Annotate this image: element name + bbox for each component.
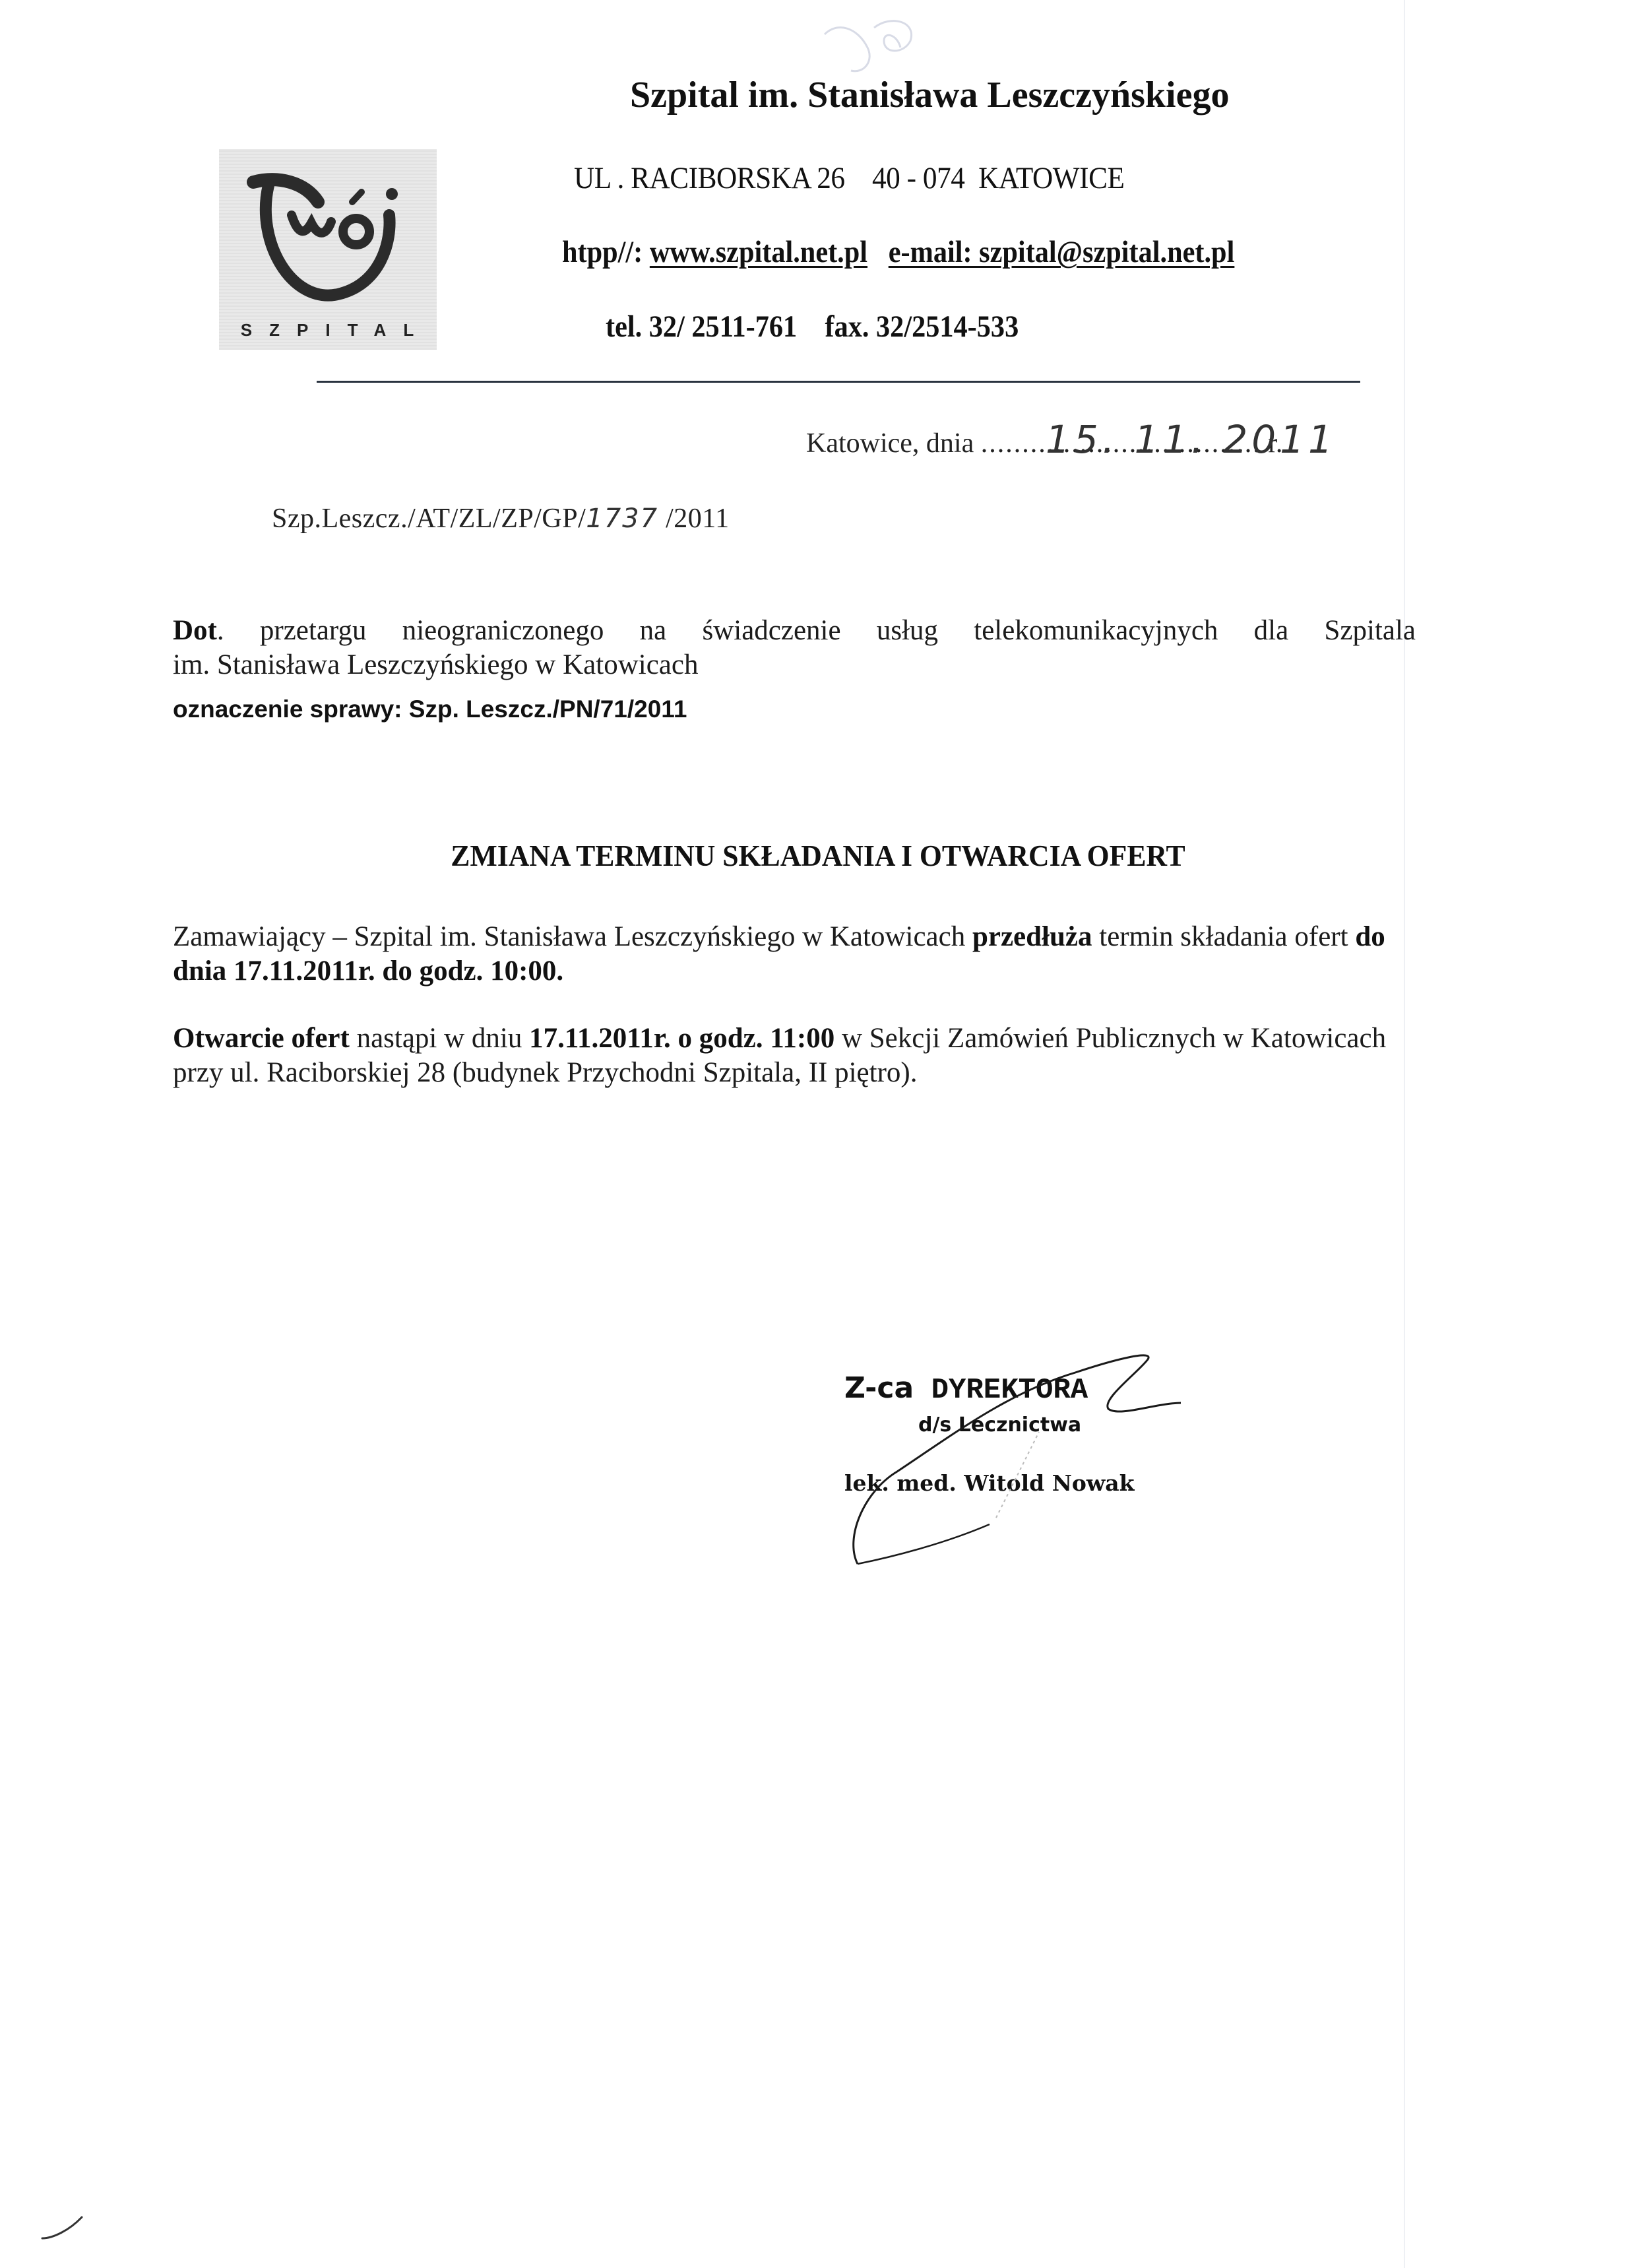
- contact-web-email: htpp//: www.szpital.net.pl e-mail: szpit…: [562, 234, 1234, 270]
- website-link[interactable]: www.szpital.net.pl: [650, 235, 867, 269]
- handwritten-signature-icon: [838, 1320, 1181, 1571]
- p2-bold-opening: Otwarcie ofert: [173, 1023, 350, 1054]
- phone-number: tel. 32/ 2511-761: [606, 309, 797, 344]
- case-marking: oznaczenie sprawy: Szp. Leszcz./PN/71/20…: [173, 692, 1416, 727]
- subject-label: Dot: [173, 615, 217, 646]
- subject-line-1: Dot. przetargu nieograniczonego na świad…: [173, 614, 1416, 648]
- reference-prefix: Szp.Leszcz./AT/ZL/ZP/GP/: [272, 503, 586, 534]
- logo-wordmark: SZPITAL: [219, 320, 437, 340]
- date-prefix: Katowice, dnia: [806, 428, 981, 459]
- paragraph-deadline-extension: Zamawiający – Szpital im. Stanisława Les…: [173, 920, 1416, 988]
- hospital-logo: SZPITAL: [219, 149, 437, 350]
- subject-line-2: im. Stanisława Leszczyńskiego w Katowica…: [173, 648, 1416, 682]
- paragraph-opening: Otwarcie ofert nastąpi w dniu 17.11.2011…: [173, 1021, 1416, 1090]
- p1-text-2: termin składania ofert: [1092, 921, 1356, 952]
- p1-text-1: Zamawiający – Szpital im. Stanisława Les…: [173, 921, 972, 952]
- institution-address: UL . RACIBORSKA 26 40 - 074 KATOWICE: [574, 160, 1124, 196]
- scan-artifact-line: [1404, 0, 1405, 2268]
- handwritten-date: 15. 11. 2011: [1046, 417, 1337, 462]
- signature-stamp: Z-ca DYREKTORA d/s Lecznictwa lek. med. …: [838, 1320, 1181, 1571]
- p2-text-1: nastąpi w dniu: [350, 1023, 529, 1054]
- subject-text-1: . przetargu nieograniczonego na świadcze…: [217, 615, 1416, 646]
- p1-bold-extends: przedłuża: [972, 921, 1092, 952]
- p2-bold-datetime: 17.11.2011r. o godz. 11:00: [529, 1023, 834, 1054]
- fax-number: fax. 32/2514-533: [825, 309, 1019, 344]
- contact-phone-fax: tel. 32/ 2511-761 fax. 32/2514-533: [606, 309, 1019, 344]
- document-title: ZMIANA TERMINU SKŁADANIA I OTWARCIA OFER…: [41, 838, 1595, 873]
- web-prefix: htpp//:: [562, 235, 650, 269]
- scan-corner-mark: [40, 2204, 92, 2244]
- reference-number: Szp.Leszcz./AT/ZL/ZP/GP/1737 /2011: [272, 503, 730, 535]
- institution-name: Szpital im. Stanisława Leszczyńskiego: [630, 74, 1229, 116]
- handwritten-reference-number: 1737: [586, 503, 658, 534]
- faint-handwritten-mark: [811, 8, 930, 81]
- twoj-smile-logo-icon: [239, 162, 417, 314]
- header-separator: [317, 381, 1360, 383]
- email-link[interactable]: e-mail: szpital@szpital.net.pl: [889, 235, 1235, 269]
- reference-suffix: /2011: [658, 503, 730, 534]
